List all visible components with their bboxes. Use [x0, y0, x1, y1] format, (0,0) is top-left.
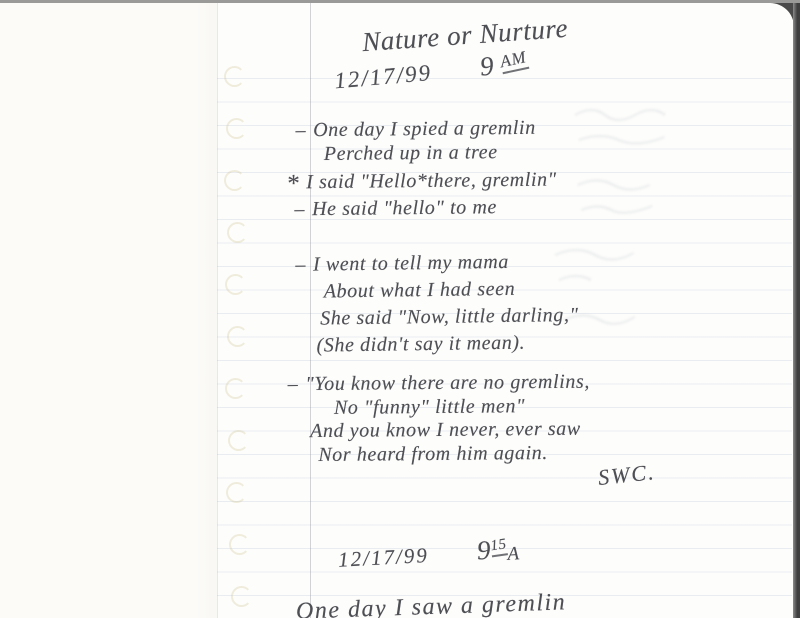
line-text: About what I had seen	[324, 278, 516, 304]
line-text: Nor heard from him again.	[318, 442, 548, 467]
line-marker: –	[294, 198, 305, 221]
line-marker: *	[286, 170, 299, 198]
facing-page	[0, 0, 217, 618]
poem-line: – "You know there are no gremlins,	[288, 371, 590, 397]
line-marker: –	[295, 119, 306, 142]
poem-line: About what I had seen	[324, 277, 579, 308]
line-text: I went to tell my mama	[313, 251, 509, 277]
line-text: And you know I never, ever saw	[310, 418, 581, 443]
spiral-hole	[229, 534, 250, 555]
line-text: No "funny" little men"	[334, 395, 525, 420]
poem-line: – One day I spied a gremlin	[295, 117, 556, 144]
line-text: She said "Now, little darling,"	[320, 304, 579, 331]
spiral-hole	[227, 326, 248, 347]
spiral-hole	[225, 274, 246, 295]
session-1-hour: 9	[479, 51, 496, 82]
line-text: (She didn't say it mean).	[316, 332, 525, 358]
line-text: "You know there are no gremlins,	[305, 371, 590, 396]
spiral-hole	[231, 586, 252, 607]
session-2-suffix: A	[507, 543, 520, 565]
poem-line: * I said "Hello*there, gremlin"	[286, 165, 557, 199]
line-marker: –	[288, 373, 299, 396]
spiral-hole	[225, 378, 246, 399]
line-text: One day I spied a gremlin	[313, 117, 536, 142]
spiral-hole	[224, 66, 245, 87]
scan-right-edge	[793, 0, 800, 618]
spiral-hole	[224, 170, 245, 191]
spiral-hole	[226, 118, 247, 139]
scanned-notebook-page: Nature or Nurture 12/17/99 9 AM – One da…	[0, 0, 800, 618]
session-2-minutes: 15	[490, 536, 509, 557]
poem-line: She said "Now, little darling,"	[320, 304, 579, 335]
poem-line: Nor heard from him again.	[318, 441, 590, 467]
poem-line: And you know I never, ever saw	[310, 418, 590, 444]
line-text: Perched up in a tree	[324, 141, 498, 166]
poem-line: – He said "hello" to me	[294, 196, 557, 223]
poem-line: No "funny" little men"	[334, 394, 590, 420]
scan-top-edge	[0, 0, 800, 3]
line-marker: –	[295, 254, 306, 277]
stanza-3: – "You know there are no gremlins, No "f…	[278, 371, 591, 468]
stanza-2: – I went to tell my mama About what I ha…	[285, 250, 579, 362]
line-text: I said "Hello*there, gremlin"	[306, 169, 557, 195]
poem-line: (She didn't say it mean).	[316, 331, 579, 362]
page-left-edge	[217, 0, 218, 618]
spiral-hole	[228, 430, 249, 451]
stanza-1: – One day I spied a gremlin Perched up i…	[285, 117, 557, 223]
poem-line: – I went to tell my mama	[295, 250, 578, 281]
spiral-hole	[227, 222, 248, 243]
session-1-meridiem: AM	[498, 47, 529, 74]
session-2-date: 12/17/99	[338, 543, 430, 572]
line-text: He said "hello" to me	[312, 196, 497, 221]
poem-line: Perched up in a tree	[324, 141, 557, 167]
spiral-hole	[226, 482, 247, 503]
